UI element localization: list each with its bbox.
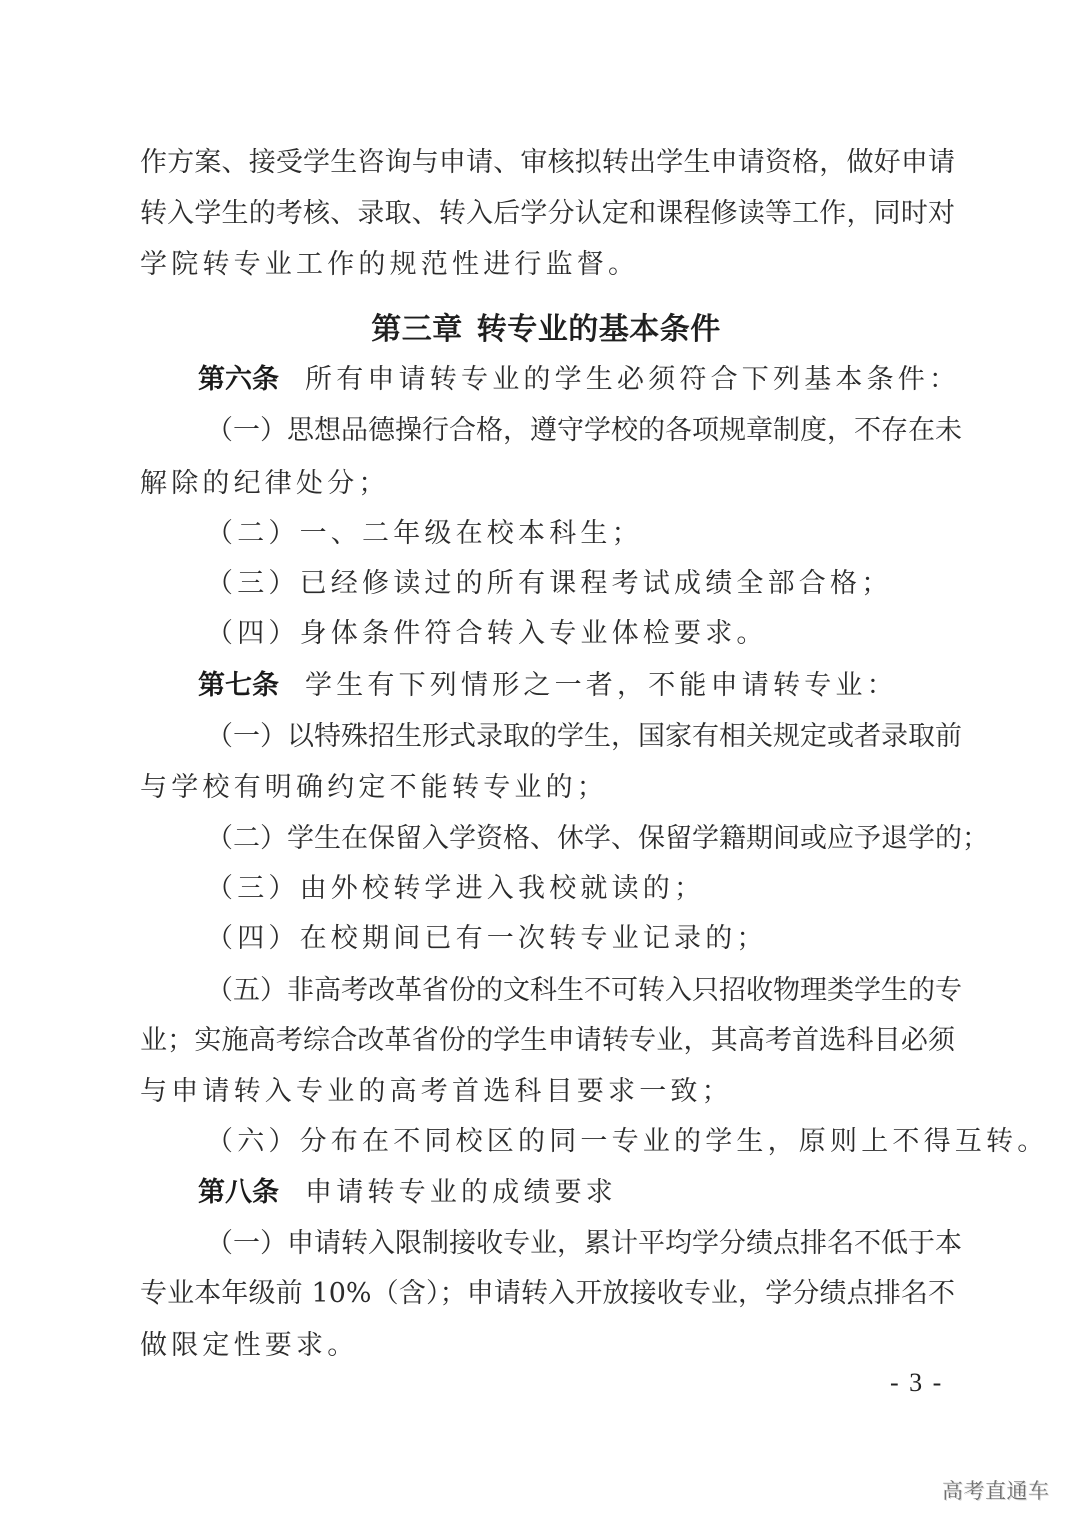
chapter-number: 第三章: [371, 312, 463, 347]
article-8-item-1-line-1: （一）申请转入限制接收专业，累计平均学分绩点排名不低于本: [206, 1218, 956, 1269]
document-page: 作方案、接受学生咨询与申请、审核拟转出学生申请资格，做好申请 转入学生的考核、录…: [0, 0, 1080, 1528]
chapter-title: 转专业的基本条件: [477, 312, 721, 347]
intro-line-1: 作方案、接受学生咨询与申请、审核拟转出学生申请资格，做好申请: [140, 137, 955, 188]
article-8-heading: 第八条申请转专业的成绩要求: [198, 1167, 1018, 1218]
article-6-heading: 第六条所有申请转专业的学生必须符合下列基本条件：: [198, 354, 1018, 405]
article-7-heading: 第七条学生有下列情形之一者，不能申请转专业：: [198, 660, 1018, 711]
article-6-item-1-line-1: （一）思想品德操行合格，遵守学校的各项规章制度，不存在未: [206, 405, 956, 456]
article-7-text: 学生有下列情形之一者，不能申请转专业：: [305, 670, 898, 701]
source-watermark: 高考直通车: [942, 1475, 1050, 1505]
intro-line-3: 学院转专业工作的规范性进行监督。: [140, 239, 960, 290]
article-6-item-2: （二）一、二年级在校本科生；: [206, 508, 1026, 559]
article-7-item-5-line-3: 与申请转入专业的高考首选科目要求一致；: [140, 1066, 960, 1117]
article-8-label: 第八条: [198, 1177, 279, 1208]
article-6-text: 所有申请转专业的学生必须符合下列基本条件：: [305, 364, 960, 395]
article-8-text: 申请转专业的成绩要求: [305, 1177, 617, 1208]
article-6-item-1-line-2: 解除的纪律处分；: [140, 458, 960, 509]
article-6-item-3: （三）已经修读过的所有课程考试成绩全部合格；: [206, 558, 1026, 609]
article-7-item-5-line-1: （五）非高考改革省份的文科生不可转入只招收物理类学生的专: [206, 965, 956, 1016]
article-6-item-4: （四）身体条件符合转入专业体检要求。: [206, 608, 1026, 659]
chapter-heading: 第三章转专业的基本条件: [0, 305, 1080, 355]
article-8-item-1-line-2: 专业本年级前 10%（含）；申请转入开放接收专业，学分绩点排名不: [140, 1268, 955, 1319]
article-7-item-6: （六）分布在不同校区的同一专业的学生，原则上不得互转。: [206, 1116, 1026, 1167]
article-7-item-3: （三）由外校转学进入我校就读的；: [206, 863, 1026, 914]
article-7-item-4: （四）在校期间已有一次转专业记录的；: [206, 913, 1026, 964]
article-8-item-1-line-3: 做限定性要求。: [140, 1320, 960, 1371]
article-7-item-2: （二）学生在保留入学资格、休学、保留学籍期间或应予退学的；: [206, 813, 956, 864]
article-6-label: 第六条: [198, 364, 279, 395]
article-7-item-1-line-1: （一）以特殊招生形式录取的学生，国家有相关规定或者录取前: [206, 711, 956, 762]
page-number: - 3 -: [890, 1368, 943, 1398]
intro-line-2: 转入学生的考核、录取、转入后学分认定和课程修读等工作，同时对: [140, 188, 955, 239]
article-7-item-5-line-2: 业；实施高考综合改革省份的学生申请转专业，其高考首选科目必须: [140, 1015, 955, 1066]
article-7-item-1-line-2: 与学校有明确约定不能转专业的；: [140, 762, 960, 813]
article-7-label: 第七条: [198, 670, 279, 701]
